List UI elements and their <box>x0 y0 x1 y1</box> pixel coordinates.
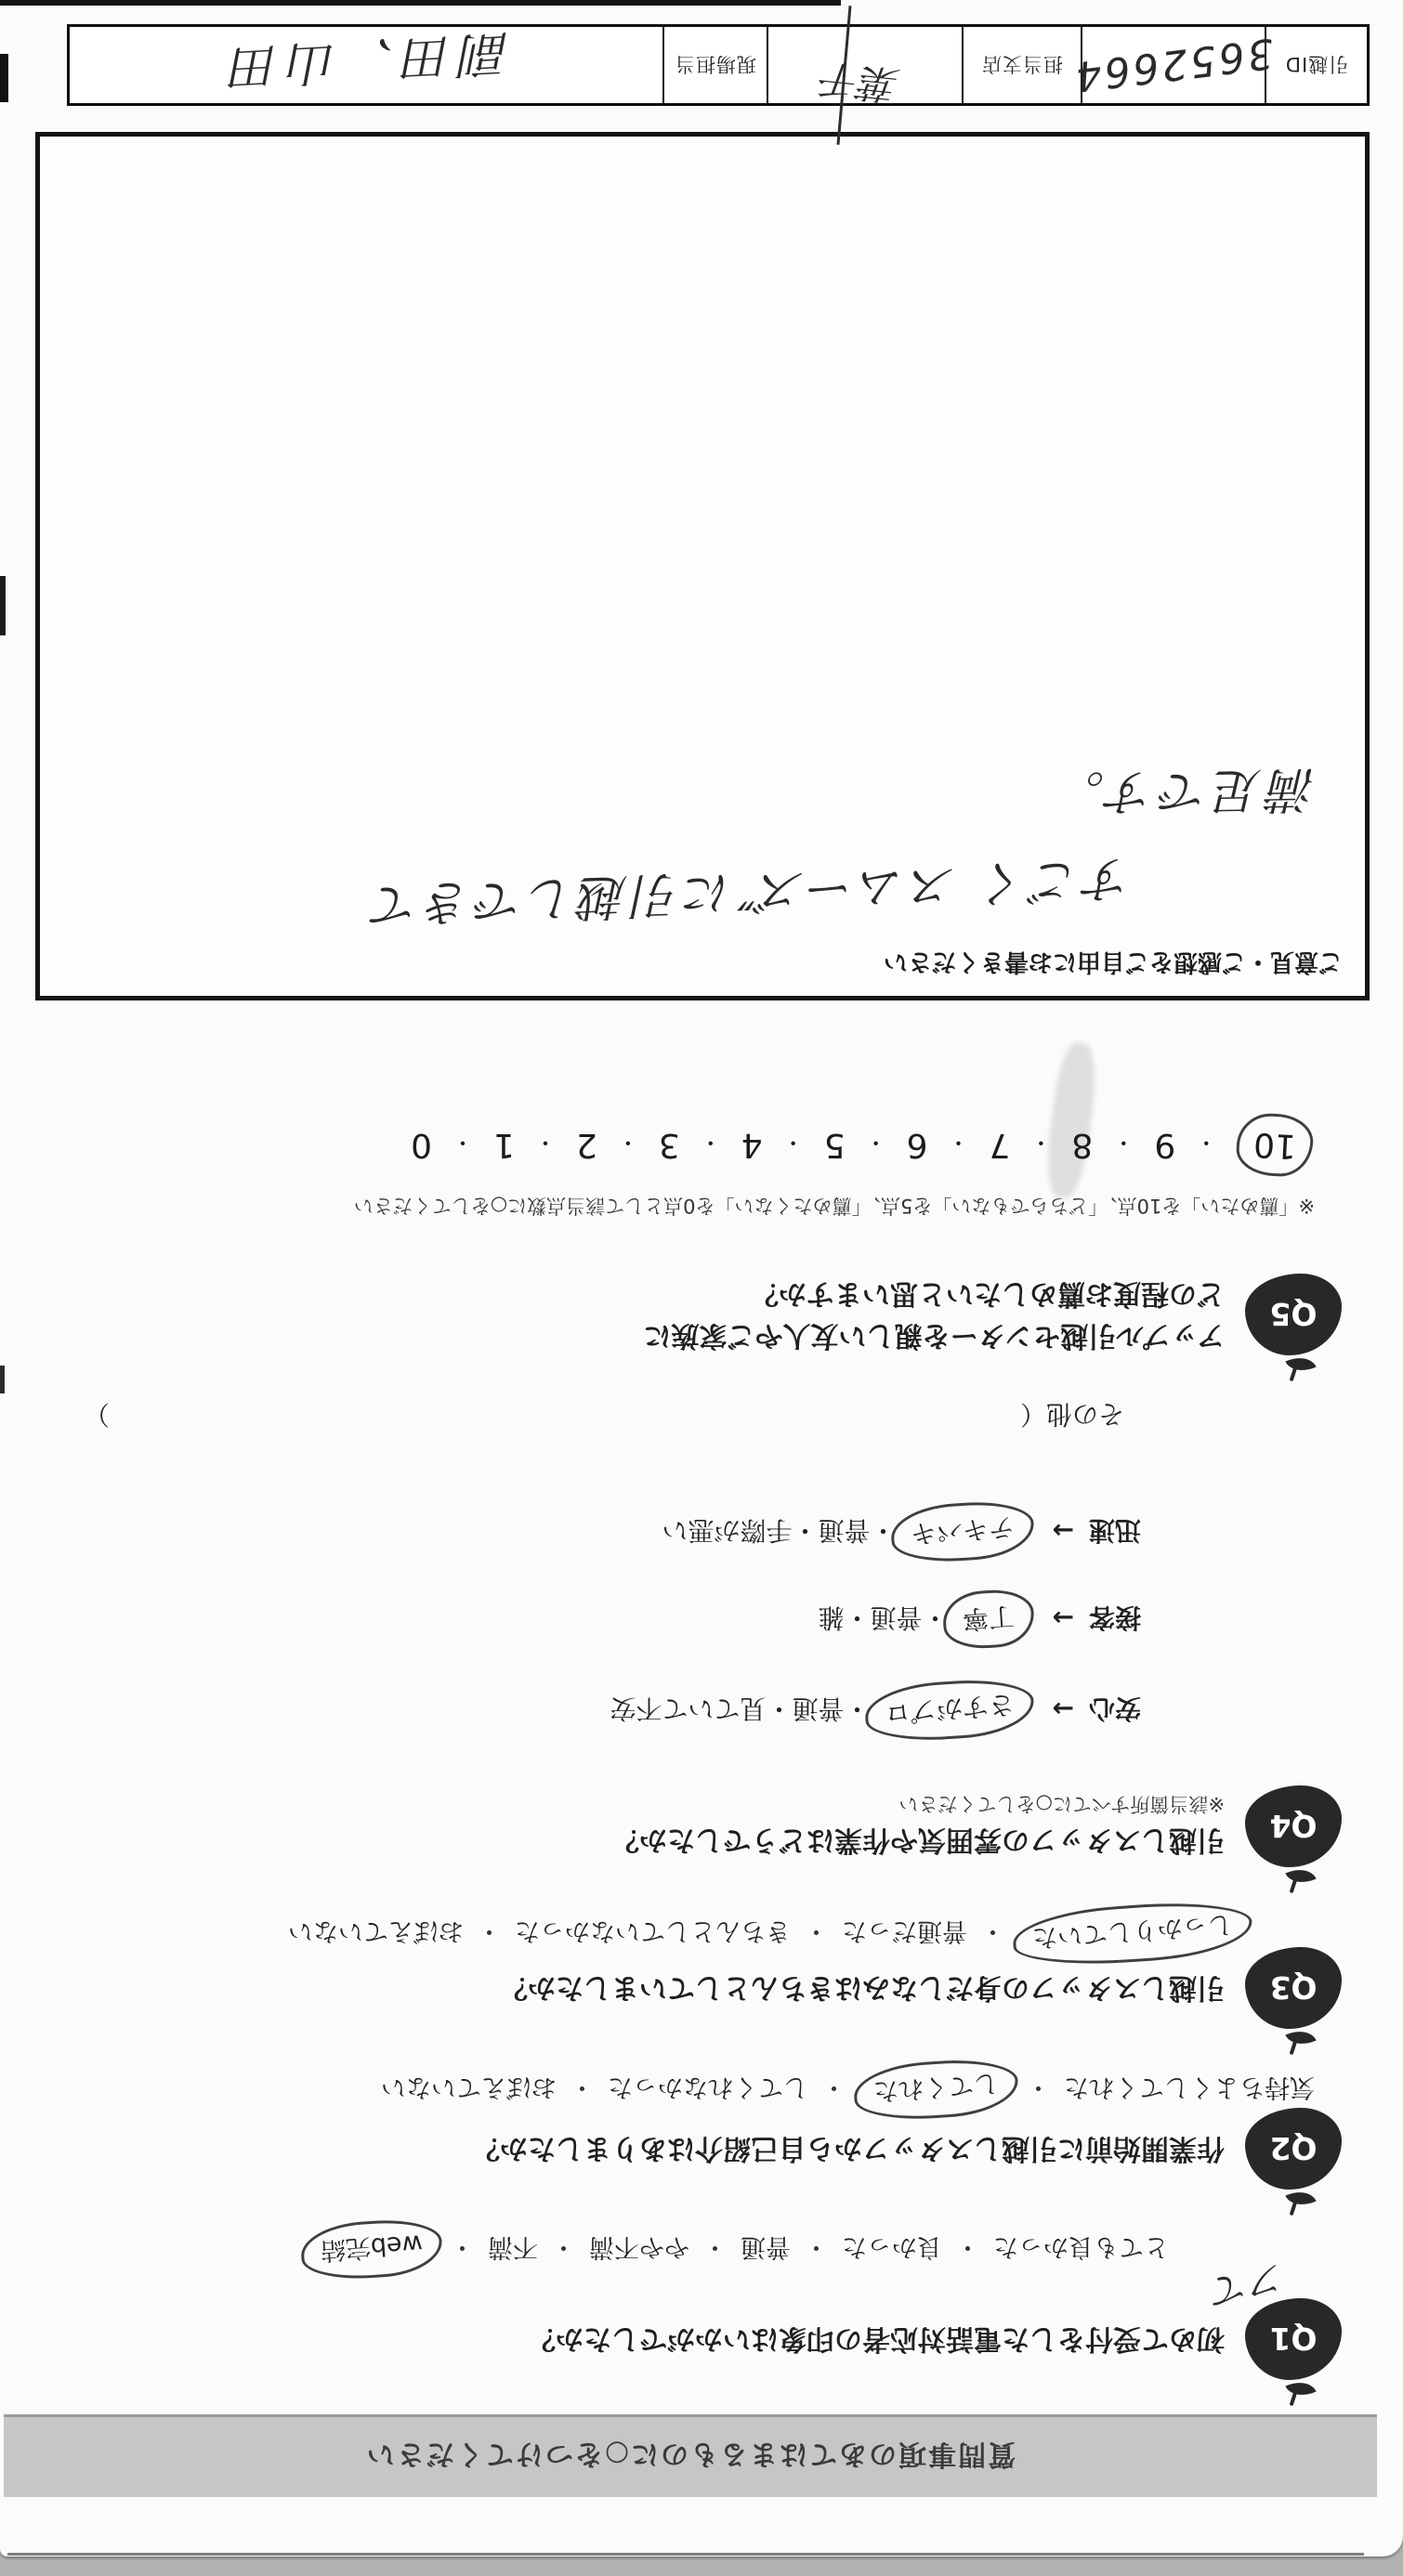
option-separator: ・ <box>980 1916 1005 1945</box>
option-selected-circled: さすがプロ <box>863 1676 1036 1746</box>
handwritten-comment-line1: すごく スムーズ″に引越しできて <box>367 848 1134 945</box>
option-separator: ・ <box>792 1515 818 1546</box>
option-separator: ・ <box>865 1129 887 1161</box>
q3-options: しっかりしていた・普通だった・きちんとしていなかった・おぼえていない <box>288 1913 1247 1955</box>
q4-row3-options: テキパキ・普通・手際が悪い <box>662 1515 1028 1546</box>
option-separator: ・ <box>1029 1129 1052 1161</box>
option-separator: ・ <box>1195 1129 1217 1161</box>
site-staff-value-handwritten: 副田、山田 <box>220 22 512 107</box>
q5-number: Q5 <box>1270 1297 1318 1333</box>
option-separator: ・ <box>955 2232 980 2261</box>
q4-row3-category: 迅速 <box>1089 1515 1141 1546</box>
option-selected-circled: 10 <box>1235 1112 1314 1178</box>
comment-box: ご意見・ご感想をご自由にお書きください すごく スムーズ″に引越しできて 満足で… <box>35 132 1370 1000</box>
q4-other-line: その他（） <box>84 1397 1124 1434</box>
option: 普通 <box>870 1602 922 1633</box>
q5-rating-scale: 10・9・8・7・6・5・4・3・2・1・0 <box>60 1114 1324 1176</box>
comment-box-label: ご意見・ご感想をご自由にお書きください <box>884 947 1343 981</box>
option: 7 <box>989 1126 1010 1164</box>
q4-other-label: その他 <box>1046 1399 1124 1430</box>
option-selected-circled: 丁寧 <box>940 1588 1035 1652</box>
instruction-banner-text: 質問事項のあてはまるものに○をつけてください <box>365 2437 1016 2478</box>
move-id-label: 引越ID <box>1285 51 1348 79</box>
q1-number: Q1 <box>1270 2321 1318 2358</box>
q4-row1-arrow-icon: → <box>1053 1693 1074 1724</box>
option-separator: ・ <box>700 1129 722 1161</box>
option: きちんとしていなかった <box>515 1916 791 1945</box>
option-separator: ・ <box>450 2232 475 2261</box>
q2-number: Q2 <box>1270 2131 1318 2167</box>
option-separator: ・ <box>782 1129 805 1161</box>
q4-row-speed: 迅速→テキパキ・普通・手際が悪い <box>662 1510 1141 1553</box>
q1-options: とても良かった・良かった・普通・やや不満・不満・web完結 <box>307 2229 1169 2270</box>
q4-row1-category: 安心 <box>1089 1693 1141 1724</box>
q3-text: 引越しスタッフの身だしなみはきちんとしていましたか？ <box>500 1968 1225 2009</box>
option-separator: ・ <box>452 1129 474 1161</box>
id-table: 引越ID 3652664 担当支店 千葉 現場担当 副田、山田 <box>67 24 1370 106</box>
q1-text: 初めて受付をした電話対応者の印象はいかがでしたか？ <box>528 2319 1225 2360</box>
handwritten-comment-line2: 満足です。 <box>1051 759 1318 833</box>
option: おぼえていない <box>288 1916 464 1945</box>
option: 普通 <box>741 2232 791 2261</box>
q5-text-line2: どの程度お薦めしたいと思いますか？ <box>644 1273 1226 1314</box>
scanned-survey-sheet: 質問事項のあてはまるものに○をつけてください Q1 初めて受付をした電話対応者の… <box>0 0 1403 2576</box>
option-separator: ・ <box>1026 2073 1051 2101</box>
option: 見ていて不安 <box>610 1693 766 1724</box>
page-bottom-edge <box>7 2553 1364 2556</box>
q4-row2-category: 接客 <box>1089 1602 1141 1633</box>
option: 良かった <box>842 2232 942 2261</box>
option: 雑 <box>818 1602 844 1633</box>
option: 4 <box>741 1126 763 1164</box>
option-separator: ・ <box>804 1916 829 1945</box>
option-separator: ・ <box>534 1129 557 1161</box>
option-separator: ・ <box>766 1693 792 1724</box>
option: 不満 <box>488 2232 538 2261</box>
option: 3 <box>659 1126 680 1164</box>
q3-apple-mascot-icon: Q3 <box>1245 1947 1342 2029</box>
branch-label: 担当支店 <box>981 51 1063 79</box>
q4-text: 引越しスタッフの雰囲気や作業はどうでしたか？ <box>611 1820 1225 1862</box>
paper-page: 質問事項のあてはまるものに○をつけてください Q1 初めて受付をした電話対応者の… <box>0 0 1403 2556</box>
q4-row-service: 接客→丁寧・普通・雑 <box>818 1598 1141 1641</box>
q2-apple-mascot-icon: Q2 <box>1245 2108 1342 2190</box>
q4-row3-arrow-icon: → <box>1053 1515 1074 1546</box>
q4-other-open-paren: （ <box>1020 1399 1046 1430</box>
scan-edge-speck <box>0 1366 5 1393</box>
option-selected-circled: テキパキ <box>889 1498 1036 1566</box>
option: やや不満 <box>589 2232 689 2261</box>
option: 8 <box>1071 1126 1093 1164</box>
option-selected-circled: web完結 <box>299 2216 444 2282</box>
q5-apple-mascot-icon: Q5 <box>1245 1274 1342 1355</box>
option: してくれなかった <box>608 2073 808 2101</box>
q4-other-close-paren: ） <box>84 1399 110 1430</box>
option: 1 <box>493 1126 515 1164</box>
q4-apple-mascot-icon: Q4 <box>1245 1785 1342 1867</box>
option-separator: ・ <box>821 2073 846 2101</box>
option: 手際が悪い <box>662 1515 792 1546</box>
q2-text: 作業開始前に引越しスタッフから自己紹介はありましたか？ <box>472 2128 1225 2170</box>
instruction-banner: 質問事項のあてはまるものに○をつけてください <box>4 2414 1377 2497</box>
scan-edge-speck <box>0 54 8 102</box>
branch-value-handwritten: 千葉 <box>822 23 908 107</box>
upside-down-document: 質問事項のあてはまるものに○をつけてください Q1 初めて受付をした電話対応者の… <box>0 0 1403 2556</box>
q2-options: 気持ちよくしてくれた・してくれた・してくれなかった・おぼえていない <box>381 2069 1315 2111</box>
option: 普通 <box>792 1693 844 1724</box>
option: 9 <box>1154 1126 1175 1164</box>
q4-row2-options: 丁寧・普通・雑 <box>818 1602 1028 1633</box>
q4-note: ※該当箇所すべてに○をしてください <box>611 1792 1225 1820</box>
q4-row2-arrow-icon: → <box>1053 1602 1074 1633</box>
option-separator: ・ <box>551 2232 576 2261</box>
q5-note: ※「薦めたい」を10点、「どちらでもない」を5点、「薦めたくない」を0点として該… <box>354 1193 1315 1221</box>
q5-text: アップル引越センターを親しい友人やご家族に どの程度お薦めしたいと思いますか？ <box>644 1273 1226 1356</box>
question-2: Q2 作業開始前に引越しスタッフから自己紹介はありましたか？ <box>472 2108 1342 2190</box>
option-separator: ・ <box>947 1129 969 1161</box>
option-separator: ・ <box>1112 1129 1134 1161</box>
question-4: Q4 引越しスタッフの雰囲気や作業はどうでしたか？ ※該当箇所すべてに○をしてく… <box>611 1785 1342 1867</box>
scan-edge-line-top <box>0 0 841 6</box>
question-3: Q3 引越しスタッフの身だしなみはきちんとしていましたか？ <box>500 1947 1342 2029</box>
option: 普通 <box>818 1515 870 1546</box>
q4-number: Q4 <box>1270 1809 1318 1845</box>
option: おぼえていない <box>381 2073 557 2101</box>
option: 5 <box>824 1126 846 1164</box>
question-5: Q5 アップル引越センターを親しい友人やご家族に どの程度お薦めしたいと思います… <box>644 1273 1343 1356</box>
option-separator: ・ <box>617 1129 639 1161</box>
q3-number: Q3 <box>1270 1970 1318 2007</box>
q4-row-reassurance: 安心→さすがプロ・普通・見ていて不安 <box>610 1689 1141 1732</box>
option-separator: ・ <box>844 1602 870 1633</box>
option-separator: ・ <box>570 2073 595 2101</box>
option-separator: ・ <box>702 2232 728 2261</box>
option-separator: ・ <box>804 2232 829 2261</box>
option-separator: ・ <box>477 1916 502 1945</box>
scan-edge-speck <box>0 576 6 635</box>
q5-text-line1: アップル引越センターを親しい友人やご家族に <box>644 1314 1226 1356</box>
option: 普通だった <box>842 1916 967 1945</box>
option: 0 <box>411 1126 432 1164</box>
option: 気持ちよくしてくれた <box>1064 2073 1315 2101</box>
site-staff-label: 現場担当 <box>675 51 756 79</box>
option: とても良かった <box>993 2232 1169 2261</box>
option: 2 <box>576 1126 597 1164</box>
option: 6 <box>907 1126 928 1164</box>
move-id-value-handwritten: 3652664 <box>1070 29 1277 100</box>
q4-row1-options: さすがプロ・普通・見ていて不安 <box>610 1693 1028 1724</box>
